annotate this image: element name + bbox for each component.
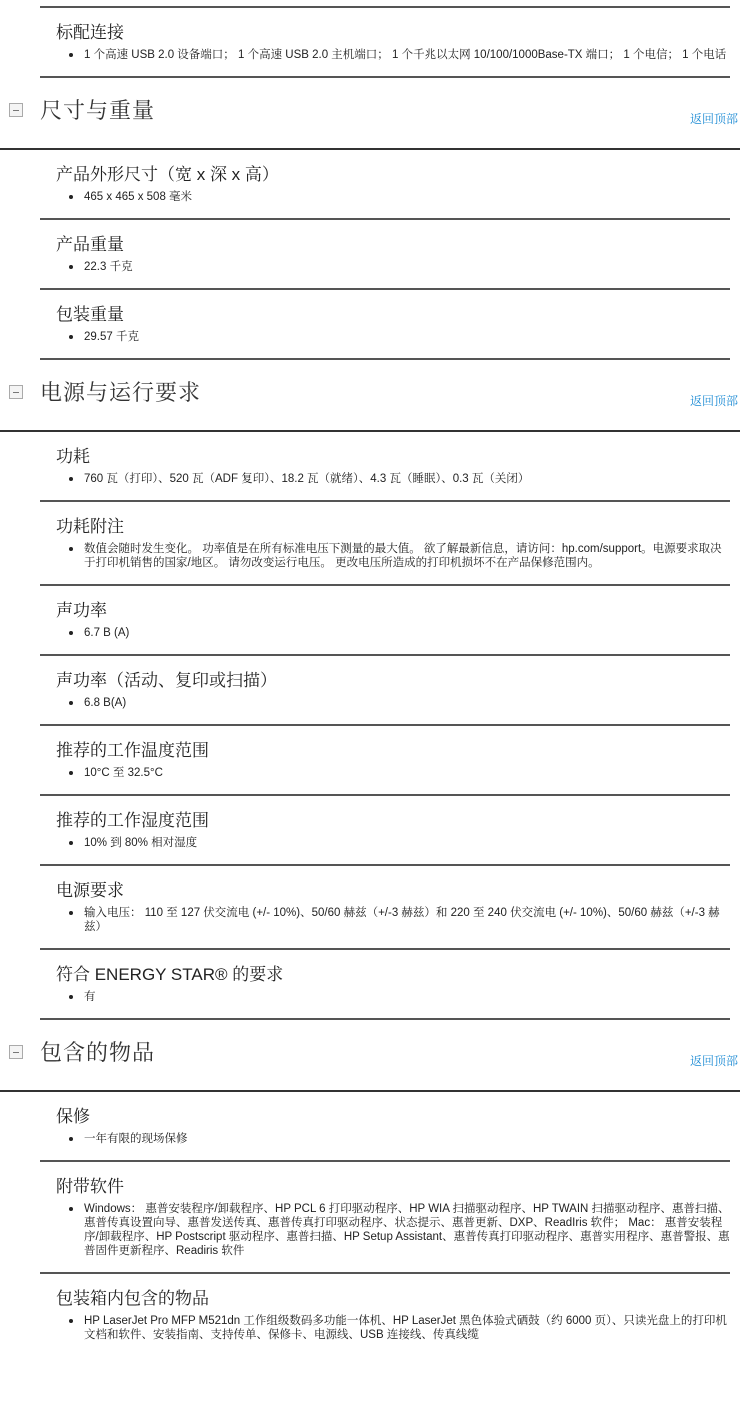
spec-title: 声功率 bbox=[56, 600, 730, 622]
spec-block-connectivity: 标配连接 1 个高速 USB 2.0 设备端口； 1 个高速 USB 2.0 主… bbox=[40, 8, 730, 78]
spec-list: 29.57 千克 bbox=[56, 330, 730, 344]
collapse-toggle-icon[interactable] bbox=[9, 385, 23, 399]
back-to-top-link[interactable]: 返回顶部 bbox=[690, 1052, 738, 1069]
spec-block: 推荐的工作温度范围 10°C 至 32.5°C bbox=[40, 726, 730, 796]
spec-title: 包装重量 bbox=[56, 304, 730, 326]
spec-list: 10°C 至 32.5°C bbox=[56, 766, 730, 780]
spec-page: • 标配，50 页 标配连接 1 个高速 USB 2.0 设备端口； 1 个高速… bbox=[0, 0, 750, 1356]
section-header-dimensions: 尺寸与重量 返回顶部 bbox=[0, 78, 740, 150]
section-header-included: 包含的物品 返回顶部 bbox=[0, 1020, 740, 1092]
spec-list: 一年有限的现场保修 bbox=[56, 1132, 730, 1146]
spec-block: 声功率 6.7 B (A) bbox=[40, 586, 730, 656]
spec-block: 保修 一年有限的现场保修 bbox=[40, 1092, 730, 1162]
spec-value: 1 个高速 USB 2.0 设备端口； 1 个高速 USB 2.0 主机端口； … bbox=[68, 48, 730, 62]
spec-title: 电源要求 bbox=[56, 880, 730, 902]
spec-value: 22.3 千克 bbox=[68, 260, 730, 274]
spec-value: 465 x 465 x 508 毫米 bbox=[68, 190, 730, 204]
spec-value: 10% 到 80% 相对湿度 bbox=[68, 836, 730, 850]
spec-title: 标配连接 bbox=[56, 22, 730, 44]
spec-title: 推荐的工作湿度范围 bbox=[56, 810, 730, 832]
section-title: 尺寸与重量 bbox=[40, 94, 155, 125]
spec-list: 760 瓦（打印）、520 瓦（ADF 复印）、18.2 瓦（就绪）、4.3 瓦… bbox=[56, 472, 730, 486]
spec-value: 6.7 B (A) bbox=[68, 626, 730, 640]
collapse-toggle-icon[interactable] bbox=[9, 103, 23, 117]
spec-value: Windows： 惠普安装程序/卸载程序、HP PCL 6 打印驱动程序、HP … bbox=[68, 1202, 730, 1258]
spec-value: 数值会随时发生变化。 功率值是在所有标准电压下测量的最大值。 欲了解最新信息，请… bbox=[68, 542, 730, 570]
spec-title: 附带软件 bbox=[56, 1176, 730, 1198]
spec-list: Windows： 惠普安装程序/卸载程序、HP PCL 6 打印驱动程序、HP … bbox=[56, 1202, 730, 1258]
spec-value: 一年有限的现场保修 bbox=[68, 1132, 730, 1146]
spec-block: 推荐的工作湿度范围 10% 到 80% 相对湿度 bbox=[40, 796, 730, 866]
spec-block: 产品外形尺寸（宽 x 深 x 高） 465 x 465 x 508 毫米 bbox=[40, 150, 730, 220]
spec-value: 有 bbox=[68, 990, 730, 1004]
spec-value: 6.8 B(A) bbox=[68, 696, 730, 710]
spec-block: 功耗 760 瓦（打印）、520 瓦（ADF 复印）、18.2 瓦（就绪）、4.… bbox=[40, 432, 730, 502]
spec-list: 6.8 B(A) bbox=[56, 696, 730, 710]
section-header-power: 电源与运行要求 返回顶部 bbox=[0, 360, 740, 432]
back-to-top-link[interactable]: 返回顶部 bbox=[690, 110, 738, 127]
section-title: 电源与运行要求 bbox=[40, 376, 201, 407]
back-to-top-link[interactable]: 返回顶部 bbox=[690, 392, 738, 409]
spec-list: 有 bbox=[56, 990, 730, 1004]
spec-list: 22.3 千克 bbox=[56, 260, 730, 274]
spec-title: 保修 bbox=[56, 1106, 730, 1128]
spec-list: 6.7 B (A) bbox=[56, 626, 730, 640]
spec-block: 产品重量 22.3 千克 bbox=[40, 220, 730, 290]
spec-value: HP LaserJet Pro MFP M521dn 工作组级数码多功能一体机、… bbox=[68, 1314, 730, 1342]
spec-title: 包装箱内包含的物品 bbox=[56, 1288, 730, 1310]
spec-block: 符合 ENERGY STAR® 的要求 有 bbox=[40, 950, 730, 1020]
spec-block: 包装箱内包含的物品 HP LaserJet Pro MFP M521dn 工作组… bbox=[40, 1274, 730, 1356]
spec-title: 声功率（活动、复印或扫描） bbox=[56, 670, 730, 692]
spec-list: 数值会随时发生变化。 功率值是在所有标准电压下测量的最大值。 欲了解最新信息，请… bbox=[56, 542, 730, 570]
spec-title: 推荐的工作温度范围 bbox=[56, 740, 730, 762]
spec-list: 10% 到 80% 相对湿度 bbox=[56, 836, 730, 850]
spec-block: 电源要求 输入电压： 110 至 127 伏交流电 (+/- 10%)、50/6… bbox=[40, 866, 730, 950]
spec-value: 29.57 千克 bbox=[68, 330, 730, 344]
spec-block: 功耗附注 数值会随时发生变化。 功率值是在所有标准电压下测量的最大值。 欲了解最… bbox=[40, 502, 730, 586]
spec-title: 功耗 bbox=[56, 446, 730, 468]
spec-list: HP LaserJet Pro MFP M521dn 工作组级数码多功能一体机、… bbox=[56, 1314, 730, 1342]
spec-title: 产品外形尺寸（宽 x 深 x 高） bbox=[56, 164, 730, 186]
spec-block: 声功率（活动、复印或扫描） 6.8 B(A) bbox=[40, 656, 730, 726]
spec-block: 附带软件 Windows： 惠普安装程序/卸载程序、HP PCL 6 打印驱动程… bbox=[40, 1162, 730, 1274]
spec-list: 465 x 465 x 508 毫米 bbox=[56, 190, 730, 204]
spec-title: 产品重量 bbox=[56, 234, 730, 256]
spec-value: 760 瓦（打印）、520 瓦（ADF 复印）、18.2 瓦（就绪）、4.3 瓦… bbox=[68, 472, 730, 486]
spec-title: 功耗附注 bbox=[56, 516, 730, 538]
section-title: 包含的物品 bbox=[40, 1036, 155, 1067]
truncated-spec-item: • 标配，50 页 bbox=[40, 0, 730, 8]
spec-title: 符合 ENERGY STAR® 的要求 bbox=[56, 964, 730, 986]
spec-value: 输入电压： 110 至 127 伏交流电 (+/- 10%)、50/60 赫兹（… bbox=[68, 906, 730, 934]
spec-value: 10°C 至 32.5°C bbox=[68, 766, 730, 780]
spec-list: 1 个高速 USB 2.0 设备端口； 1 个高速 USB 2.0 主机端口； … bbox=[56, 48, 730, 62]
collapse-toggle-icon[interactable] bbox=[9, 1045, 23, 1059]
spec-block: 包装重量 29.57 千克 bbox=[40, 290, 730, 360]
spec-list: 输入电压： 110 至 127 伏交流电 (+/- 10%)、50/60 赫兹（… bbox=[56, 906, 730, 934]
